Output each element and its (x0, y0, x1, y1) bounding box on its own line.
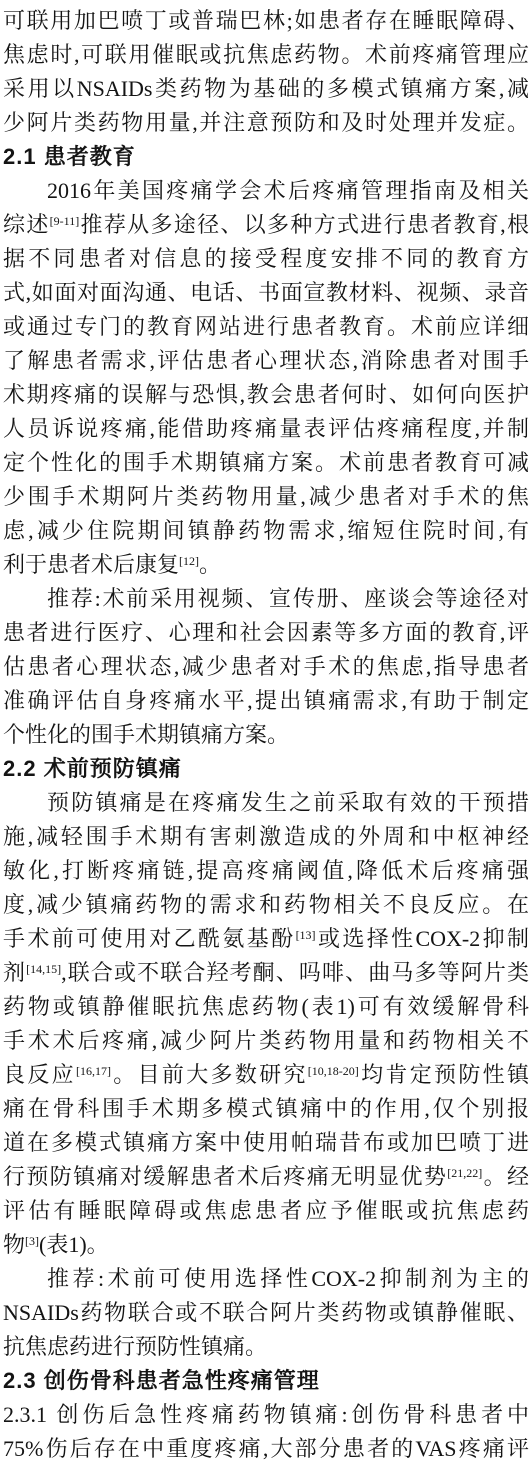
document-body: 可联用加巴喷丁或普瑞巴林;如患者存在睡眠障碍、焦虑时,可联用催眠或抗焦虑药物。术… (3, 4, 529, 1466)
paragraph-line: 综述[9-11]推荐从多途径、以多种方式进行患者教育,根 (3, 208, 529, 242)
text-segment: ,联合或不联合羟考酮、吗啡、曲马多等阿片类 (61, 960, 529, 985)
paragraph-line: 评估有睡眠障碍或焦虑患者应予催眠或抗焦虑药 (3, 1194, 529, 1228)
text-segment: 或通过专门的教育网站进行患者教育。术前应详细 (3, 314, 529, 339)
paragraph-line: 75%伤后存在中重度疼痛,大部分患者的VAS疼痛评 (3, 1432, 529, 1466)
text-segment: 焦虑时,可联用催眠或抗焦虑药物。术前疼痛管理应 (3, 42, 529, 67)
text-segment: 敏化,打断疼痛链,提高疼痛阈值,降低术后疼痛强 (3, 858, 529, 883)
section-heading: 2.2 术前预防镇痛 (3, 752, 529, 786)
paragraph-line: 手术前可使用对乙酰氨基酚[13]或选择性COX-2抑制 (3, 922, 529, 956)
text-segment: 2016年美国疼痛学会术后疼痛管理指南及相关 (47, 178, 529, 203)
paragraph-line: 采用以NSAIDs类药物为基础的多模式镇痛方案,减 (3, 72, 529, 106)
text-segment: 推荐:术前采用视频、宣传册、座谈会等途径对 (47, 586, 529, 611)
paragraph-line: 良反应[16,17]。目前大多数研究[10,18-20]均肯定预防性镇 (3, 1058, 529, 1092)
text-segment: 均肯定预防性镇 (359, 1062, 529, 1087)
paragraph-line: 剂[14,15],联合或不联合羟考酮、吗啡、曲马多等阿片类 (3, 956, 529, 990)
text-segment: 手术前可使用对乙酰氨基酚 (3, 926, 296, 951)
paragraph-line: 患者进行医疗、心理和社会因素等多方面的教育,评 (3, 616, 529, 650)
paragraph-line: 推荐:术前可使用选择性COX-2抑制剂为主的 (3, 1262, 529, 1296)
text-segment: 药物或镇静催眠抗焦虑药物(表1)可有效缓解骨科 (3, 994, 529, 1019)
text-segment: 抗焦虑药进行预防性镇痛。 (3, 1334, 267, 1359)
text-segment: 施,减轻围手术期有害刺激造成的外周和中枢神经 (3, 824, 529, 849)
text-segment: 行预防镇痛对缓解患者术后疼痛无明显优势 (3, 1164, 447, 1189)
text-segment: 少阿片类药物用量,并注意预防和及时处理并发症。 (3, 110, 529, 135)
paragraph-line: 预防镇痛是在疼痛发生之前采取有效的干预措 (3, 786, 529, 820)
citation-ref: [9-11] (50, 214, 80, 228)
paragraph-line: 可联用加巴喷丁或普瑞巴林;如患者存在睡眠障碍、 (3, 4, 529, 38)
paragraph-line: 定个性化的围手术期镇痛方案。术前患者教育可减 (3, 446, 529, 480)
text-segment: 或选择性COX-2抑制 (316, 926, 529, 951)
paragraph-line: 少围手术期阿片类药物用量,减少患者对手术的焦 (3, 480, 529, 514)
citation-ref: [3] (25, 1234, 39, 1248)
paragraph-line: 准确评估自身疼痛水平,提出镇痛需求,有助于制定 (3, 684, 529, 718)
text-segment: 可联用加巴喷丁或普瑞巴林;如患者存在睡眠障碍、 (3, 8, 529, 33)
paragraph-line: 术期疼痛的误解与恐惧,教会患者何时、如何向医护 (3, 378, 529, 412)
document-page: 可联用加巴喷丁或普瑞巴林;如患者存在睡眠障碍、焦虑时,可联用催眠或抗焦虑药物。术… (0, 0, 531, 1467)
text-segment: 个性化的围手术期镇痛方案。 (3, 722, 289, 747)
paragraph-line: 痛在骨科围手术期多模式镇痛中的作用,仅个别报 (3, 1092, 529, 1126)
text-segment: 2.3 创伤骨科患者急性疼痛管理 (3, 1368, 320, 1393)
text-segment: 了解患者需求,评估患者心理状态,消除患者对围手 (3, 348, 529, 373)
text-segment: 推荐:术前可使用选择性COX-2抑制剂为主的 (47, 1266, 529, 1291)
text-segment: 2.1 患者教育 (3, 144, 136, 169)
paragraph-line: 行预防镇痛对缓解患者术后疼痛无明显优势[21,22]。经 (3, 1160, 529, 1194)
paragraph-line: 了解患者需求,评估患者心理状态,消除患者对围手 (3, 344, 529, 378)
text-segment: 少围手术期阿片类药物用量,减少患者对手术的焦 (3, 484, 529, 509)
text-segment: 75%伤后存在中重度疼痛,大部分患者的VAS疼痛评 (3, 1436, 529, 1461)
text-segment: 预防镇痛是在疼痛发生之前采取有效的干预措 (47, 790, 529, 815)
text-segment: 估患者心理状态,减少患者对手术的焦虑,指导患者 (3, 654, 529, 679)
paragraph-line: 道在多模式镇痛方案中使用帕瑞昔布或加巴喷丁进 (3, 1126, 529, 1160)
paragraph-line: 2.3.1 创伤后急性疼痛药物镇痛:创伤骨科患者中 (3, 1398, 529, 1432)
text-segment: 2.3.1 创伤后急性疼痛药物镇痛:创伤骨科患者中 (3, 1402, 529, 1427)
text-segment: 式,如面对面沟通、电话、书面宣教材料、视频、录音 (3, 280, 529, 305)
text-segment: 良反应 (3, 1062, 76, 1087)
paragraph-line: NSAIDs药物联合或不联合阿片类药物或镇静催眠、 (3, 1296, 529, 1330)
text-segment: 定个性化的围手术期镇痛方案。术前患者教育可减 (3, 450, 529, 475)
text-segment: 痛在骨科围手术期多模式镇痛中的作用,仅个别报 (3, 1096, 529, 1121)
text-segment: 术期疼痛的误解与恐惧,教会患者何时、如何向医护 (3, 382, 529, 407)
text-segment: NSAIDs药物联合或不联合阿片类药物或镇静催眠、 (3, 1300, 529, 1325)
text-segment: 准确评估自身疼痛水平,提出镇痛需求,有助于制定 (3, 688, 529, 713)
paragraph-line: 利于患者术后康复[12]。 (3, 548, 529, 582)
paragraph-line: 据不同患者对信息的接受程度安排不同的教育方 (3, 242, 529, 276)
text-segment: 。经 (482, 1164, 529, 1189)
paragraph-line: 施,减轻围手术期有害刺激造成的外周和中枢神经 (3, 820, 529, 854)
text-segment: (表1)。 (39, 1232, 109, 1257)
paragraph-line: 2016年美国疼痛学会术后疼痛管理指南及相关 (3, 174, 529, 208)
citation-ref: [12] (179, 554, 199, 568)
text-segment: 患者进行医疗、心理和社会因素等多方面的教育,评 (3, 620, 529, 645)
paragraph-line: 药物或镇静催眠抗焦虑药物(表1)可有效缓解骨科 (3, 990, 529, 1024)
citation-ref: [16,17] (76, 1064, 111, 1078)
text-segment: 。 (199, 552, 221, 577)
paragraph-line: 式,如面对面沟通、电话、书面宣教材料、视频、录音 (3, 276, 529, 310)
text-segment: 评估有睡眠障碍或焦虑患者应予催眠或抗焦虑药 (3, 1198, 529, 1223)
text-segment: 物 (3, 1232, 25, 1257)
paragraph-line: 或通过专门的教育网站进行患者教育。术前应详细 (3, 310, 529, 344)
paragraph-line: 抗焦虑药进行预防性镇痛。 (3, 1330, 529, 1364)
text-segment: 度,减少镇痛药物的需求和药物相关不良反应。在 (3, 892, 529, 917)
text-segment: 采用以NSAIDs类药物为基础的多模式镇痛方案,减 (3, 76, 529, 101)
text-segment: 利于患者术后康复 (3, 552, 179, 577)
paragraph-line: 人员诉说疼痛,能借助疼痛量表评估疼痛程度,并制 (3, 412, 529, 446)
text-segment: 推荐从多途径、以多种方式进行患者教育,根 (79, 212, 529, 237)
citation-ref: [21,22] (447, 1166, 482, 1180)
paragraph-line: 虑,减少住院期间镇静药物需求,缩短住院时间,有 (3, 514, 529, 548)
text-segment: 人员诉说疼痛,能借助疼痛量表评估疼痛程度,并制 (3, 416, 529, 441)
text-segment: 综述 (3, 212, 50, 237)
text-segment: 剂 (3, 960, 26, 985)
paragraph-line: 个性化的围手术期镇痛方案。 (3, 718, 529, 752)
paragraph-line: 物[3](表1)。 (3, 1228, 529, 1262)
citation-ref: [14,15] (26, 962, 61, 976)
text-segment: 据不同患者对信息的接受程度安排不同的教育方 (3, 246, 529, 271)
text-segment: 虑,减少住院期间镇静药物需求,缩短住院时间,有 (3, 518, 529, 543)
section-heading: 2.1 患者教育 (3, 140, 529, 174)
paragraph-line: 焦虑时,可联用催眠或抗焦虑药物。术前疼痛管理应 (3, 38, 529, 72)
paragraph-line: 少阿片类药物用量,并注意预防和及时处理并发症。 (3, 106, 529, 140)
section-heading: 2.3 创伤骨科患者急性疼痛管理 (3, 1364, 529, 1398)
paragraph-line: 估患者心理状态,减少患者对手术的焦虑,指导患者 (3, 650, 529, 684)
text-segment: 手术术后疼痛,减少阿片类药物用量和药物相关不 (3, 1028, 529, 1053)
text-segment: 。目前大多数研究 (111, 1062, 308, 1087)
paragraph-line: 推荐:术前采用视频、宣传册、座谈会等途径对 (3, 582, 529, 616)
paragraph-line: 敏化,打断疼痛链,提高疼痛阈值,降低术后疼痛强 (3, 854, 529, 888)
citation-ref: [10,18-20] (308, 1064, 359, 1078)
text-segment: 道在多模式镇痛方案中使用帕瑞昔布或加巴喷丁进 (3, 1130, 529, 1155)
paragraph-line: 度,减少镇痛药物的需求和药物相关不良反应。在 (3, 888, 529, 922)
text-segment: 2.2 术前预防镇痛 (3, 756, 182, 781)
paragraph-line: 手术术后疼痛,减少阿片类药物用量和药物相关不 (3, 1024, 529, 1058)
citation-ref: [13] (296, 928, 316, 942)
